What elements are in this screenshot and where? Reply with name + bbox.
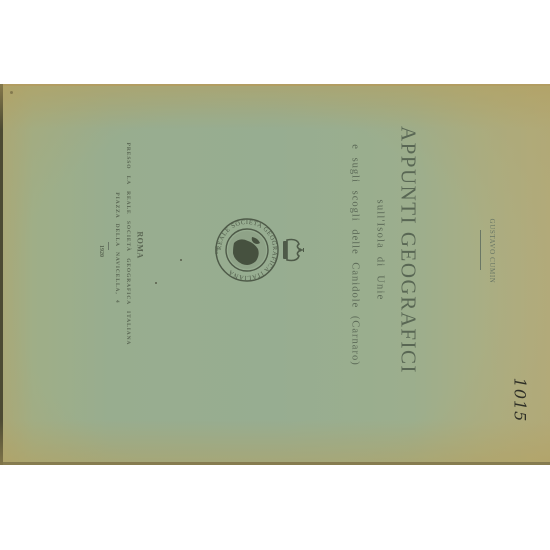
- imprint-city: ROMA: [136, 231, 145, 258]
- ink-spot: [155, 282, 157, 284]
- imprint-year: 1920: [98, 245, 104, 257]
- society-seal-icon: REALE SOCIETA GEOGRAFICA ITALIANA 1868: [212, 213, 304, 287]
- handwritten-annotation: 1015: [511, 378, 530, 423]
- imprint-publisher: PRESSO LA REALE SOCIETÀ GEOGRAFICA ITALI…: [125, 143, 131, 346]
- author-name: GUSTAVO CUMIN: [488, 219, 496, 284]
- imprint-divider: [108, 242, 109, 250]
- ink-spot: [10, 91, 13, 94]
- subtitle-line-2: e sugli scogli delle Canidole (Carnaro): [350, 144, 361, 365]
- book-title: APPUNTI GEOGRAFICI: [396, 126, 421, 374]
- subtitle-line-1: sull'Isola di Unie: [375, 200, 386, 301]
- svg-text:1868: 1868: [214, 246, 219, 254]
- author-divider: [480, 230, 481, 270]
- imprint-address: PIAZZA DELLA NAVICELLA, 4: [114, 192, 120, 303]
- ink-spot: [180, 259, 182, 261]
